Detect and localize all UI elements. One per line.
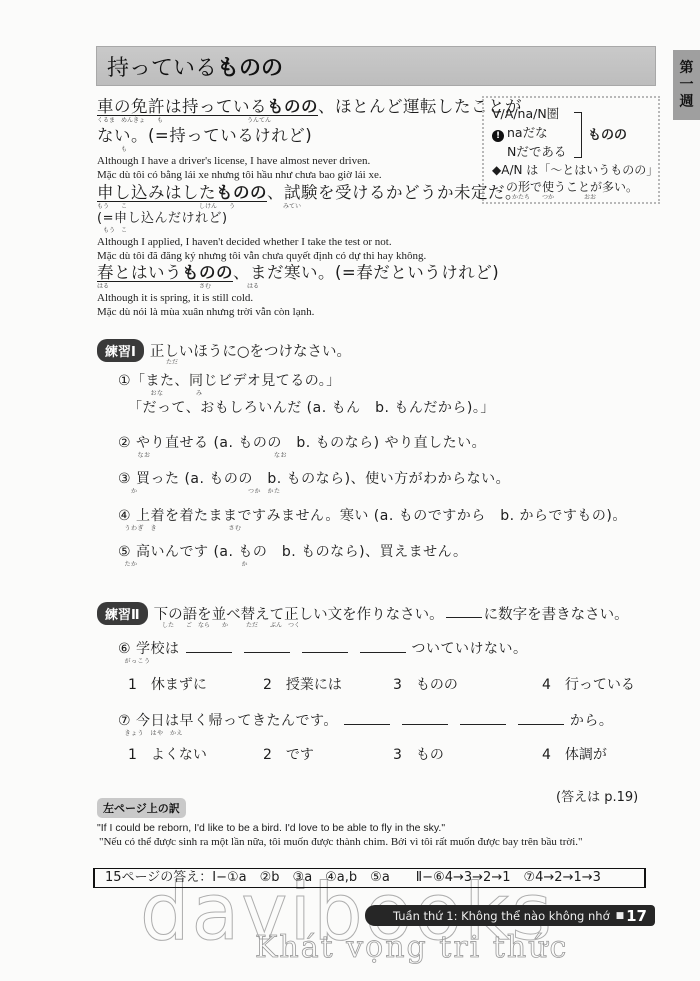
translation-label: 左ページ上の訳: [97, 798, 186, 818]
question-4: ④ 上着を着たままですみません。寒い (a. ものですから b. からですもの)…: [118, 507, 627, 532]
title-bold: ものの: [217, 51, 283, 82]
page-number: 17: [626, 907, 647, 925]
example-vietnamese: Mặc dù nói là mùa xuân nhưng trời vẫn cò…: [97, 305, 499, 319]
question-3: ③ 買った (a. ものの b. ものなら)、使い方がわからない。 か つか か…: [118, 470, 510, 495]
exercise-instruction: 下の語を並べ替えて正しい文を作りなさい。: [154, 607, 444, 623]
exercise-badge: 練習Ⅰ: [97, 339, 144, 362]
example-ruby: はる さむ はる: [97, 283, 499, 291]
grammar-note-line-2: の形で使うことが多い。: [492, 180, 650, 194]
question-1: ①「また、同じビデオ見てるの。」 おな み 「だって、おもしろいんだ (a. も…: [118, 372, 495, 417]
grammar-note-ruby: かたち つか おお: [492, 194, 650, 202]
example-3: 春とはいうものの、まだ寒い。(=春だというけれど) はる さむ はる Altho…: [97, 262, 499, 319]
chapter-title: Tuần thứ 1: Không thể nào không nhớ: [393, 909, 610, 923]
exercise-instruction: 正しいほうに○をつけなさい。: [150, 344, 351, 360]
example-vietnamese: Mặc dù tôi đã đăng ký nhưng tôi vẫn chưa…: [97, 249, 522, 263]
example-2: 申し込みはしたものの、試験を受けるかどうか未定だ。 もう こ しけん う みてい…: [97, 182, 522, 263]
question-5: ⑤ 高いんです (a. もの b. ものなら)、買えません。 たか か: [118, 543, 467, 568]
watermark-slogan: Khát vọng tri thức: [255, 930, 568, 965]
example-english: Although I applied, I haven't decided wh…: [97, 235, 522, 249]
side-tab-char: 週: [680, 94, 694, 111]
example-jp-line: 車の免許は持っているものの、ほとんど運転したことが: [97, 96, 522, 117]
instruction-ruby: ただ: [166, 359, 178, 367]
side-tab-char: 一: [680, 77, 694, 94]
bracket-shape: [574, 112, 582, 158]
instruction-ruby: した ご なら か ただ ぶん つく: [162, 622, 300, 630]
option-3: 3 もの: [393, 744, 444, 764]
translation-english: "If I could be reborn, I'd like to be a …: [97, 822, 445, 834]
question-6: ⑥ 学校はついていけない。 がっこう: [118, 640, 528, 665]
example-ruby: もう こ: [97, 227, 522, 235]
previous-answers-box: 15ページの答え：Ⅰ−①a ②b ③a ④a,b ⑤a Ⅱ−⑥4→3→2→1 ⑦…: [93, 868, 646, 888]
example-jp-line-2: ない。(=持っているけれど): [97, 125, 522, 146]
blank-line: [446, 606, 482, 618]
example-ruby: も: [97, 146, 522, 154]
option-4: 4 行っている: [542, 674, 635, 694]
example-jp-line-2: (=申し込んだけれど): [97, 211, 522, 227]
option-2: 2 です: [263, 744, 314, 764]
question-7: ⑦ 今日は早く帰ってきたんです。から。 きょう はや かえ: [118, 712, 613, 737]
option-1: 1 休まずに: [128, 674, 207, 694]
example-jp-line: 申し込みはしたものの、試験を受けるかどうか未定だ。: [97, 182, 522, 203]
side-tab-char: 第: [680, 60, 694, 77]
page-marker-icon: ■: [616, 911, 625, 921]
example-ruby: もう こ しけん う みてい: [97, 203, 522, 211]
warning-icon: !: [492, 130, 504, 142]
grammar-form-line: V/A/na/N圏: [492, 104, 650, 123]
exercise-badge: 練習Ⅱ: [97, 602, 148, 625]
grammar-note-box: V/A/na/N圏 !naだな Nだである ものの ◆A/N は「〜とはいうもの…: [482, 96, 660, 204]
example-1: 車の免許は持っているものの、ほとんど運転したことが くるま めんきょ も うんて…: [97, 96, 522, 182]
grammar-target: ものの: [588, 126, 627, 145]
answer-reference: (答えは p.19): [556, 786, 638, 805]
exercise-1-header: 練習Ⅰ正しいほうに○をつけなさい。: [97, 339, 351, 362]
page-title-bar: 持っているものの: [96, 46, 656, 86]
option-1: 1 よくない: [128, 744, 207, 764]
title-plain: 持っている: [107, 51, 217, 82]
option-4: 4 体調が: [542, 744, 607, 764]
example-vietnamese: Mặc dù tôi có bằng lái xe nhưng tôi hầu …: [97, 168, 522, 182]
translation-vietnamese: "Nếu có thể được sinh ra một lần nữa, tô…: [99, 836, 582, 848]
question-2: ② やり直せる (a. ものの b. ものなら) やり直したい。 なお なお: [118, 434, 486, 459]
grammar-note-line: ◆A/N は「〜とはいうものの」: [492, 161, 650, 180]
option-2: 2 授業には: [263, 674, 342, 694]
example-jp-line: 春とはいうものの、まだ寒い。(=春だというけれど): [97, 262, 499, 283]
example-english: Although I have a driver's license, I ha…: [97, 154, 522, 168]
example-ruby: くるま めんきょ も うんてん: [97, 117, 522, 125]
option-3: 3 ものの: [393, 674, 458, 694]
example-english: Although it is spring, it is still cold.: [97, 291, 499, 305]
chapter-footer: Tuần thứ 1: Không thể nào không nhớ ■ 17: [365, 905, 655, 926]
week-side-tab: 第 一 週: [673, 50, 700, 120]
